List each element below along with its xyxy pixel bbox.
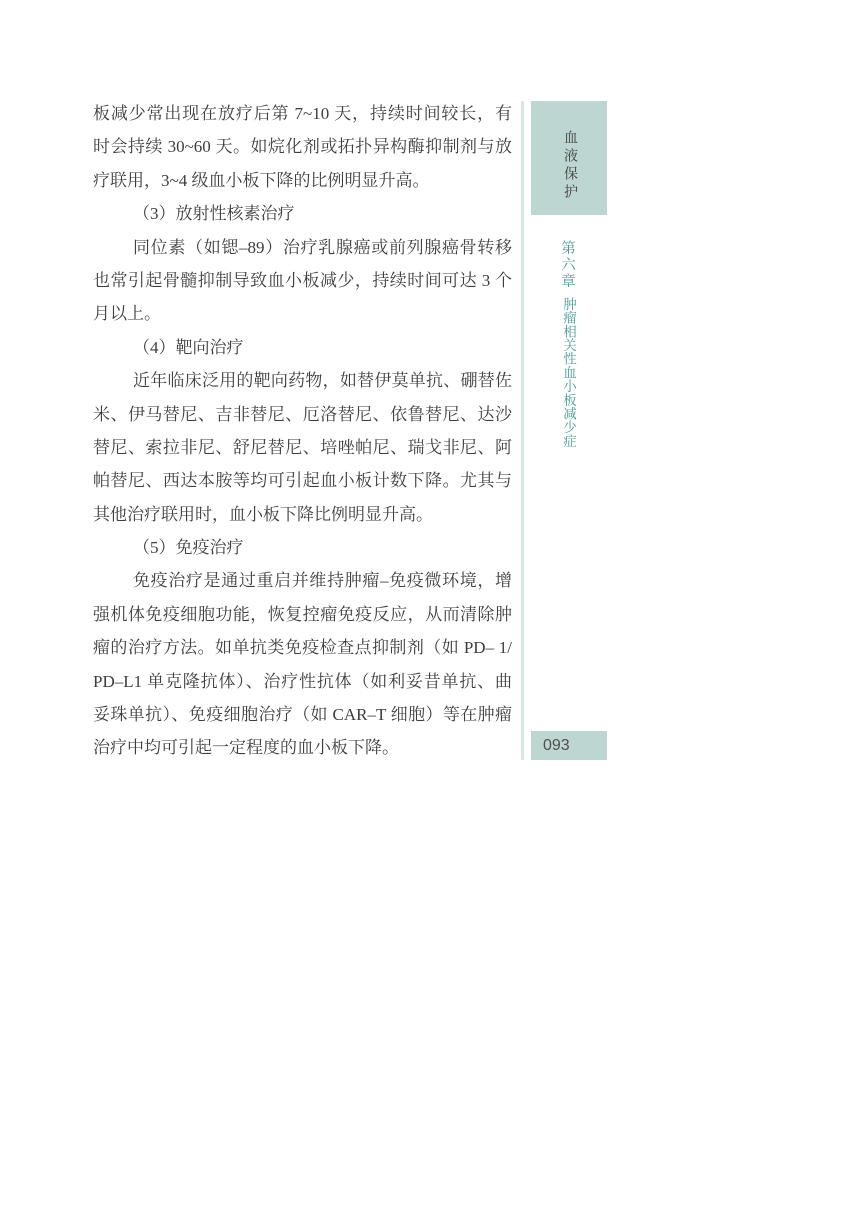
- text-line: 也常引起骨髓抑制导致血小板减少，持续时间可达 3 个: [93, 264, 512, 297]
- text-line: 板减少常出现在放疗后第 7~10 天，持续时间较长，有: [93, 97, 512, 130]
- text-line: 其他治疗联用时，血小板下降比例明显升高。: [93, 498, 512, 531]
- sidebar-rule: [521, 101, 524, 760]
- text-line: 时会持续 30~60 天。如烷化剂或拓扑异构酶抑制剂与放: [93, 130, 512, 163]
- text-line: 瘤的治疗方法。如单抗类免疫检查点抑制剂（如 PD– 1/: [93, 631, 512, 664]
- text-line: 替尼、索拉非尼、舒尼替尼、培唑帕尼、瑞戈非尼、阿: [93, 431, 512, 464]
- text-line: PD–L1 单克隆抗体）、治疗性抗体（如利妥昔单抗、曲: [93, 665, 512, 698]
- text-line: （3）放射性核素治疗: [93, 197, 512, 230]
- page-number-box: 093: [531, 731, 607, 760]
- text-line: 帕替尼、西达本胺等均可引起血小板计数下降。尤其与: [93, 464, 512, 497]
- section-tab-label: 血液保护: [559, 130, 579, 215]
- section-tab: 血液保护: [531, 101, 607, 215]
- text-line: 妥珠单抗）、免疫细胞治疗（如 CAR–T 细胞）等在肿瘤: [93, 698, 512, 731]
- body-text-column: 板减少常出现在放疗后第 7~10 天，持续时间较长，有时会持续 30~60 天。…: [93, 97, 512, 765]
- text-line: 免疫治疗是通过重启并维持肿瘤–免疫微环境，增: [93, 564, 512, 597]
- text-line: 疗联用，3~4 级血小板下降的比例明显升高。: [93, 164, 512, 197]
- text-line: 强机体免疫细胞功能，恢复控瘤免疫反应，从而清除肿: [93, 598, 512, 631]
- chapter-number: 第六章: [557, 240, 578, 290]
- text-line: 治疗中均可引起一定程度的血小板下降。: [93, 731, 512, 764]
- text-line: 近年临床泛用的靶向药物，如替伊莫单抗、硼替佐: [93, 364, 512, 397]
- text-line: 同位素（如锶–89）治疗乳腺癌或前列腺癌骨转移: [93, 231, 512, 264]
- text-line: 月以上。: [93, 297, 512, 330]
- text-line: （5）免疫治疗: [93, 531, 512, 564]
- book-page: 板减少常出现在放疗后第 7~10 天，持续时间较长，有时会持续 30~60 天。…: [0, 0, 867, 1218]
- page-number: 093: [543, 737, 570, 754]
- chapter-title: 肿瘤相关性血小板减少症: [558, 297, 578, 448]
- text-line: （4）靶向治疗: [93, 331, 512, 364]
- text-line: 米、伊马替尼、吉非替尼、厄洛替尼、依鲁替尼、达沙: [93, 398, 512, 431]
